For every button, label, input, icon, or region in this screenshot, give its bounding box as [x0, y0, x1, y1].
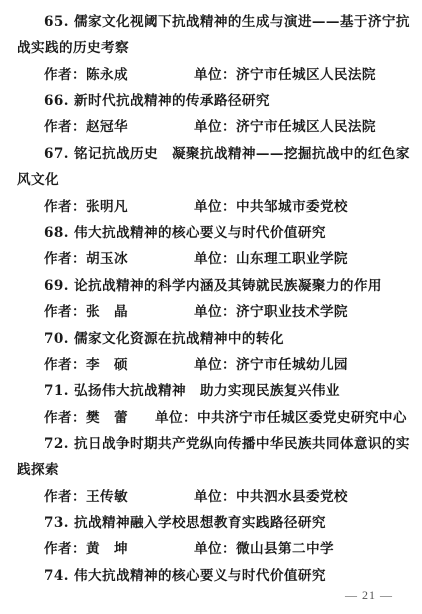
author: 作者：张 晶	[44, 301, 128, 323]
entry-73-byline: 作者：黄 坤 单位：微山县第二中学	[0, 538, 422, 560]
entry-65-title-line-2: 战实践的历史考察	[17, 37, 129, 59]
entry-66-byline: 作者：赵冠华 单位：济宁市任城区人民法院	[0, 116, 422, 138]
author: 作者：樊 蕾	[44, 407, 128, 429]
entry-65-byline: 作者：陈永成 单位：济宁市任城区人民法院	[0, 64, 422, 86]
entry-72-title-line-2: 践探索	[17, 459, 59, 481]
entry-66-title: 66. 新时代抗战精神的传承路径研究	[44, 90, 270, 112]
entry-70-title: 70. 儒家文化资源在抗战精神中的转化	[44, 328, 284, 350]
entry-67-title-line-2: 风文化	[17, 169, 59, 191]
entry-74-title: 74. 伟大抗战精神的核心要义与时代价值研究	[44, 565, 326, 587]
unit: 单位：微山县第二中学	[194, 538, 334, 560]
page-number: — 21 —	[345, 588, 393, 603]
author: 作者：李 硕	[44, 354, 128, 376]
unit: 单位：中共济宁市任城区委党史研究中心	[155, 407, 407, 429]
author: 作者：胡玉冰	[44, 248, 128, 270]
author: 作者：黄 坤	[44, 538, 128, 560]
entry-70-byline: 作者：李 硕 单位：济宁市任城幼儿园	[0, 354, 422, 376]
entry-68-title: 68. 伟大抗战精神的核心要义与时代价值研究	[44, 222, 326, 244]
author: 作者：张明凡	[44, 196, 128, 218]
entry-67-byline: 作者：张明凡 单位：中共邹城市委党校	[0, 196, 422, 218]
entry-68-byline: 作者：胡玉冰 单位：山东理工职业学院	[0, 248, 422, 270]
entry-72-byline: 作者：王传敏 单位：中共泗水县委党校	[0, 486, 422, 508]
entry-71-title: 71. 弘扬伟大抗战精神 助力实现民族复兴伟业	[44, 380, 340, 402]
entry-69-title: 69. 论抗战精神的科学内涵及其铸就民族凝聚力的作用	[44, 275, 382, 297]
entry-67-title-line-1: 67. 铭记抗战历史 凝聚抗战精神——挖掘抗战中的红色家	[44, 143, 410, 165]
unit: 单位：中共泗水县委党校	[194, 486, 348, 508]
unit: 单位：中共邹城市委党校	[194, 196, 348, 218]
author: 作者：王传敏	[44, 486, 128, 508]
entry-65-title-line-1: 65. 儒家文化视阈下抗战精神的生成与演进——基于济宁抗	[44, 11, 410, 33]
entry-69-byline: 作者：张 晶 单位：济宁职业技术学院	[0, 301, 422, 323]
unit: 单位：济宁市任城幼儿园	[194, 354, 348, 376]
entry-71-byline: 作者：樊 蕾 单位：中共济宁市任城区委党史研究中心	[0, 407, 422, 429]
author: 作者：赵冠华	[44, 116, 128, 138]
entry-72-title-line-1: 72. 抗日战争时期共产党纵向传播中华民族共同体意识的实	[44, 433, 410, 455]
author: 作者：陈永成	[44, 64, 128, 86]
unit: 单位：山东理工职业学院	[194, 248, 348, 270]
unit: 单位：济宁市任城区人民法院	[194, 64, 376, 86]
entry-73-title: 73. 抗战精神融入学校思想教育实践路径研究	[44, 512, 326, 534]
unit: 单位：济宁职业技术学院	[194, 301, 348, 323]
document-page: 65. 儒家文化视阈下抗战精神的生成与演进——基于济宁抗 战实践的历史考察 作者…	[0, 0, 422, 614]
unit: 单位：济宁市任城区人民法院	[194, 116, 376, 138]
